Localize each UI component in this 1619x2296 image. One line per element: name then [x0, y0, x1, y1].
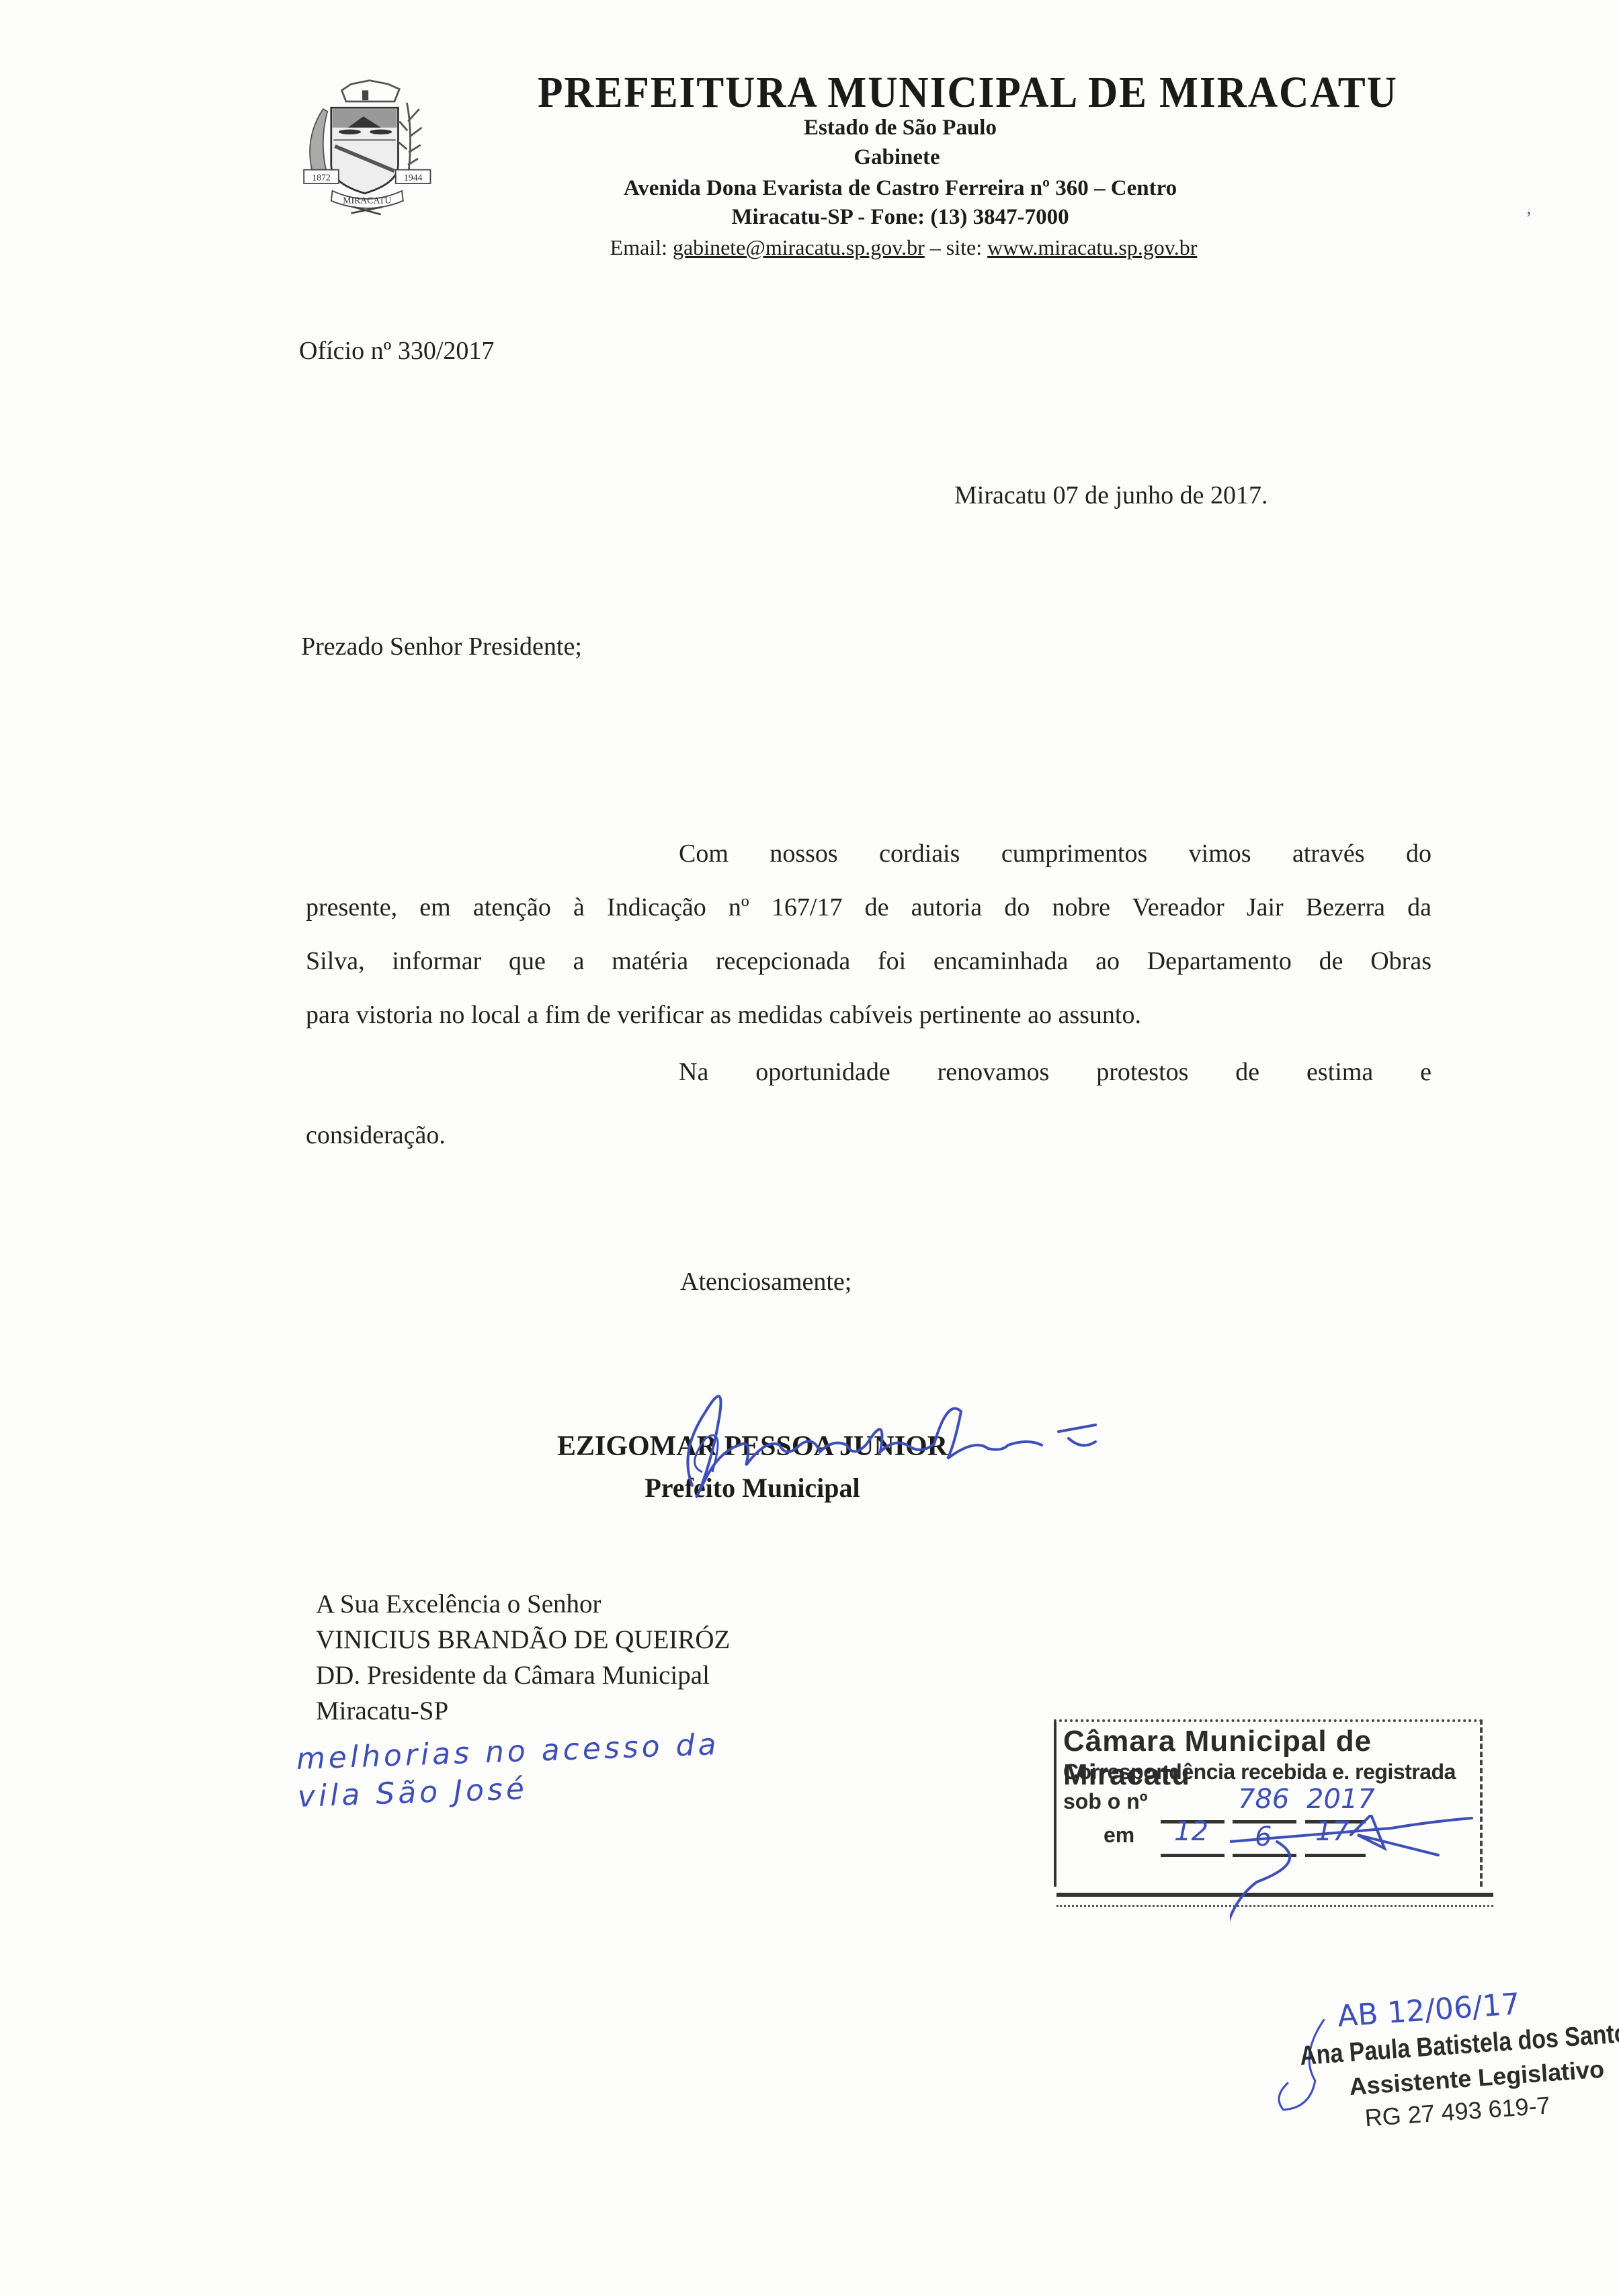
handwritten-note: melhorias no acesso da vila São José	[296, 1726, 721, 1816]
paragraph-line: Silva, informar que a matéria recepciona…	[306, 934, 1431, 988]
paragraph-line: Com nossos cordiais cumprimentos vimos a…	[306, 827, 1431, 880]
site-link[interactable]: www.miracatu.sp.gov.br	[987, 235, 1197, 259]
letterhead-city-phone: Miracatu-SP - Fone: (13) 3847-7000	[91, 205, 1619, 230]
addressee-line: VINICIUS BRANDÃO DE QUEIRÓZ	[316, 1622, 730, 1657]
stamp-number-label: sob o nº	[1063, 1789, 1147, 1814]
addressee-line: Miracatu-SP	[316, 1693, 730, 1729]
stamp-number-year: 2017	[1306, 1784, 1375, 1815]
addressee-line: DD. Presidente da Câmara Municipal	[316, 1657, 730, 1693]
stamp-date-day: 12	[1174, 1816, 1208, 1847]
letter-paragraph-1: Com nossos cordiais cumprimentos vimos a…	[306, 827, 1431, 1042]
handwritten-initials-icon	[1230, 1815, 1579, 1949]
letterhead-address: Avenida Dona Evarista de Castro Ferreira…	[91, 176, 1619, 201]
addressee-line: A Sua Excelência o Senhor	[316, 1586, 730, 1622]
letterhead-contact: Email: gabinete@miracatu.sp.gov.br – sit…	[94, 235, 1619, 260]
paragraph-line: presente, em atenção à Indicação nº 167/…	[306, 880, 1431, 934]
addressee-block: A Sua Excelência o Senhor VINICIUS BRAND…	[316, 1586, 730, 1729]
letter-closing: Atenciosamente;	[680, 1267, 852, 1297]
email-link[interactable]: gabinete@miracatu.sp.gov.br	[673, 235, 925, 259]
stamp-number-value: 786	[1238, 1784, 1289, 1815]
paragraph-line: para vistoria no local a fim de verifica…	[306, 988, 1431, 1042]
letter-date: Miracatu 07 de junho de 2017.	[954, 481, 1268, 510]
handwritten-signature-icon	[665, 1371, 1149, 1506]
letter-reference: Ofício nº 330/2017	[299, 336, 494, 366]
assistant-handwritten-date: AB 12/06/17	[1337, 1987, 1522, 2034]
letter-salutation: Prezado Senhor Presidente;	[301, 632, 582, 661]
letter-paragraph-2: Na oportunidade renovamos protestos de e…	[306, 1045, 1431, 1162]
stamp-date-label: em	[1104, 1823, 1134, 1848]
paragraph-line: consideração.	[306, 1099, 1431, 1162]
email-label: Email:	[610, 235, 673, 259]
stamp-subtitle: Correspondência recebida e. registrada	[1063, 1760, 1456, 1785]
letterhead-title: PREFEITURA MUNICIPAL DE MIRACATU	[538, 67, 1398, 118]
ink-mark: ʼ	[1526, 208, 1532, 230]
site-label: – site:	[925, 235, 987, 259]
letterhead-state: Estado de São Paulo	[91, 116, 1619, 140]
paragraph-line: Na oportunidade renovamos protestos de e…	[306, 1045, 1431, 1099]
letterhead-department: Gabinete	[87, 145, 1619, 170]
